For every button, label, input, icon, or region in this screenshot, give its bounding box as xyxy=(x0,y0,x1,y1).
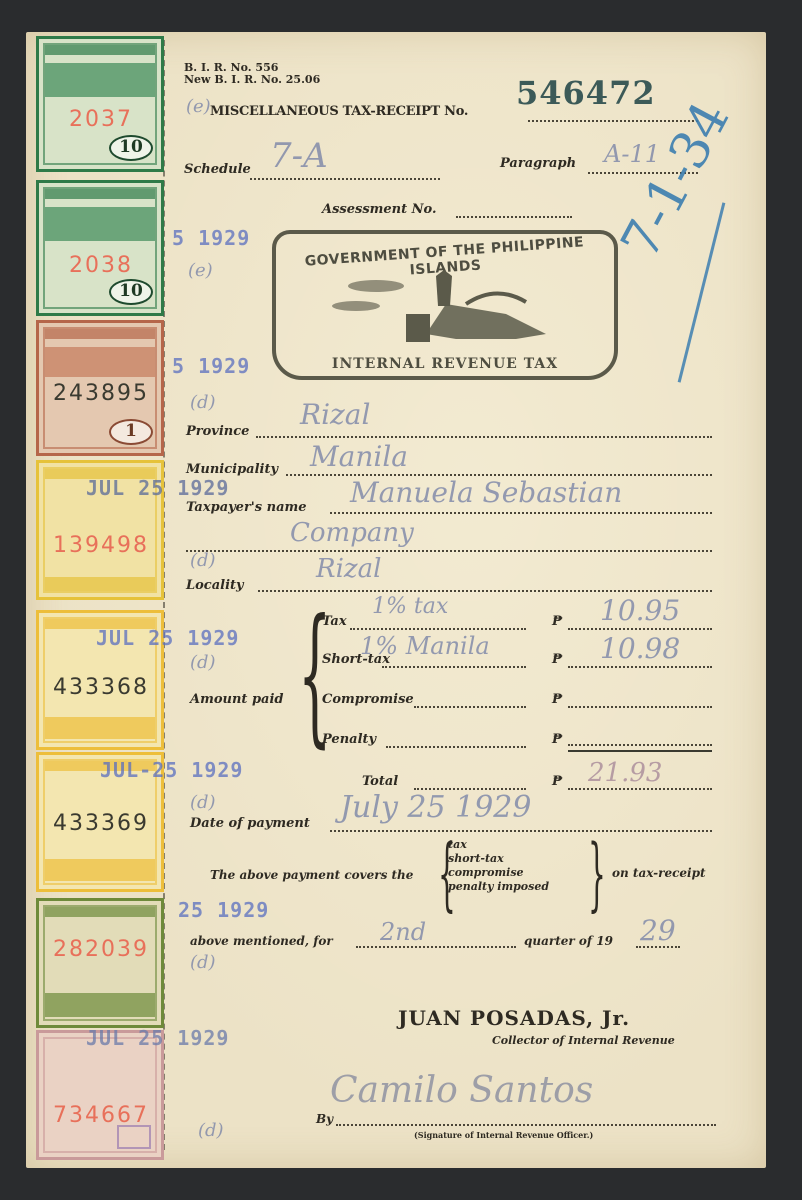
letter-mark: (e) xyxy=(188,260,213,281)
currency-symbol: ₱ xyxy=(552,774,562,789)
currency-symbol: ₱ xyxy=(552,652,562,667)
stamp-eagle-art xyxy=(45,63,155,97)
form-code-new: New B. I. R. No. 25.06 xyxy=(184,74,320,86)
currency-symbol: ₱ xyxy=(552,692,562,707)
taxpayer-label: Taxpayer's name xyxy=(186,500,307,515)
letter-mark: (d) xyxy=(190,652,216,673)
amount-value-line xyxy=(568,706,712,708)
coverage-line2-prefix: above mentioned, for xyxy=(190,934,333,948)
date-of-payment-label: Date of payment xyxy=(190,816,310,831)
coverage-option: penalty imposed xyxy=(448,880,549,894)
schedule-line xyxy=(250,178,440,180)
stamp-eagle-art xyxy=(45,207,155,241)
date-of-payment-line xyxy=(330,830,712,832)
stamp-denomination: 10 xyxy=(109,279,153,305)
locality-value: Rizal xyxy=(316,554,381,584)
amount-row-line xyxy=(386,746,526,748)
revenue-stamp-2: 2038 10 xyxy=(36,180,164,316)
year-value: 29 xyxy=(640,914,676,947)
stamp-serial: 243895 xyxy=(43,381,159,406)
revenue-stamp-7: 282039 xyxy=(36,898,164,1028)
amount-row-value: 10.98 xyxy=(600,632,680,665)
coverage-close-brace: } xyxy=(588,834,606,914)
emblem-bottom-text: INTERNAL REVENUE TAX xyxy=(276,356,614,372)
date-of-payment-value: July 25 1929 xyxy=(340,790,531,825)
receipt-title: MISCELLANEOUS TAX-RECEIPT No. xyxy=(210,104,468,119)
amount-row-label: Compromise xyxy=(322,692,414,707)
province-line xyxy=(256,436,712,438)
amount-paid-label: Amount paid xyxy=(190,692,284,707)
letter-mark: (e) xyxy=(186,96,211,117)
coverage-option: short-tax xyxy=(448,852,504,866)
cancellation-stamp: JUL 25 1929 xyxy=(86,1026,229,1050)
stamp-serial: 139498 xyxy=(43,533,159,558)
amount-row-line xyxy=(382,666,526,668)
stamp-bottom-band xyxy=(45,859,155,881)
cancellation-stamp: JUL 25 1929 xyxy=(86,476,229,500)
total-value: 21.93 xyxy=(588,758,662,788)
amount-row-label: Penalty xyxy=(322,732,376,747)
amount-row-line xyxy=(414,706,526,708)
stamp-serial: 433369 xyxy=(43,811,159,836)
amount-row-label: Tax xyxy=(322,614,347,629)
by-label: By xyxy=(316,1112,333,1126)
revenue-stamp-3: 243895 1 xyxy=(36,320,164,456)
taxpayer-value-2: Company xyxy=(290,518,414,548)
signature-line xyxy=(336,1124,716,1126)
cancellation-stamp: JUL 25 1929 xyxy=(96,626,239,650)
quarter-line xyxy=(356,946,516,948)
cancellation-stamp: 25 1929 xyxy=(178,898,269,922)
coverage-line2-suffix: quarter of 19 xyxy=(524,934,613,948)
coverage-prefix: The above payment covers the xyxy=(210,868,413,882)
government-emblem: GOVERNMENT OF THE PHILIPPINE ISLANDS INT… xyxy=(272,230,618,380)
letter-mark: (d) xyxy=(190,792,216,813)
cancellation-stamp: JUL-25 1929 xyxy=(100,758,243,782)
letter-mark: (d) xyxy=(190,550,216,571)
amount-value-line xyxy=(568,628,712,630)
schedule-label: Schedule xyxy=(184,162,251,177)
municipality-label: Municipality xyxy=(186,462,278,477)
stamp-serial: 2038 xyxy=(43,253,159,278)
taxpayer-line-2 xyxy=(186,550,712,552)
currency-symbol: ₱ xyxy=(552,614,562,629)
signature-value: Camilo Santos xyxy=(330,1070,593,1111)
stamp-eagle-art xyxy=(45,347,155,377)
revenue-stamp-1: 2037 10 xyxy=(36,36,164,172)
total-rule xyxy=(568,750,712,752)
emblem-figure-icon xyxy=(316,264,576,354)
collector-title: Collector of Internal Revenue xyxy=(492,1034,675,1047)
schedule-value: 7-A xyxy=(270,136,328,176)
cancellation-stamp: 5 1929 xyxy=(172,226,250,250)
collector-name: JUAN POSADAS, Jr. xyxy=(398,1006,630,1030)
taxpayer-line xyxy=(330,512,712,514)
stamp-palm-art xyxy=(45,993,155,1017)
total-label: Total xyxy=(362,774,398,789)
locality-label: Locality xyxy=(186,578,244,593)
assessment-label: Assessment No. xyxy=(322,202,437,217)
currency-symbol: ₱ xyxy=(552,732,562,747)
coverage-option: compromise xyxy=(448,866,524,880)
amount-row-value: 10.95 xyxy=(600,594,680,627)
stamp-denomination: 1 xyxy=(109,419,153,445)
municipality-value: Manila xyxy=(310,440,408,473)
stamp-denomination: 10 xyxy=(109,135,153,161)
stamp-denomination-box xyxy=(117,1125,151,1149)
letter-mark: (d) xyxy=(190,952,216,973)
stamp-serial: 282039 xyxy=(43,937,159,962)
stamp-bottom-band xyxy=(45,717,155,739)
amount-value-line xyxy=(568,666,712,668)
coverage-suffix: on tax-receipt xyxy=(612,866,706,880)
province-value: Rizal xyxy=(300,398,370,431)
province-label: Province xyxy=(186,424,249,439)
coverage-option: tax xyxy=(448,838,467,852)
letter-mark: (d) xyxy=(198,1120,224,1141)
amount-row-line xyxy=(350,628,526,630)
stamp-serial: 433368 xyxy=(43,675,159,700)
paragraph-label: Paragraph xyxy=(500,156,576,171)
amount-row-note: 1% Manila xyxy=(360,632,490,660)
total-value-line xyxy=(568,788,712,790)
taxpayer-value: Manuela Sebastian xyxy=(350,476,622,509)
stamp-bottom-band xyxy=(45,577,155,591)
receipt-number: 546472 xyxy=(516,74,656,112)
letter-mark: (d) xyxy=(190,392,216,413)
stamp-serial: 2037 xyxy=(43,107,159,132)
cancellation-stamp: 5 1929 xyxy=(172,354,250,378)
assessment-line xyxy=(456,216,572,218)
signature-caption: (Signature of Internal Revenue Officer.) xyxy=(414,1130,593,1140)
amount-row-note: 1% tax xyxy=(372,594,448,619)
amount-value-line xyxy=(568,744,712,746)
quarter-value: 2nd xyxy=(380,918,426,946)
